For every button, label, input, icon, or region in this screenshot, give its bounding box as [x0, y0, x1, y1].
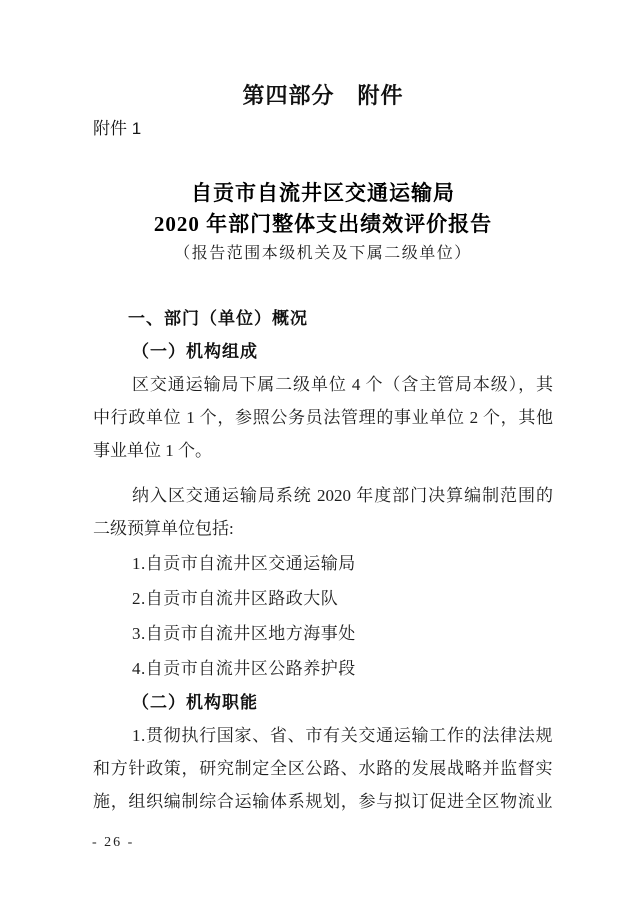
part-heading: 第四部分 附件 [93, 83, 553, 108]
unit-list-item: 1.自贡市自流井区交通运输局 [93, 546, 553, 581]
unit-list-item: 2.自贡市自流井区路政大队 [93, 581, 553, 616]
paragraph-line: 二级预算单位包括: [93, 512, 553, 545]
document-body: 一、部门（单位）概况 （一）机构组成 区交通运输局下属二级单位 4 个（含主管局… [93, 302, 553, 818]
paragraph-line: 事业单位 1 个。 [93, 434, 553, 467]
section-heading-overview: 一、部门（单位）概况 [93, 302, 553, 335]
paragraph-line: 1.贯彻执行国家、省、市有关交通运输工作的法律法规 [93, 719, 553, 752]
unit-list: 1.自贡市自流井区交通运输局 2.自贡市自流井区路政大队 3.自贡市自流井区地方… [93, 546, 553, 686]
page-number: - 26 - [92, 835, 134, 851]
document-title-block: 自贡市自流井区交通运输局 2020 年部门整体支出绩效评价报告 （报告范围本级机… [93, 178, 553, 264]
document-subtitle: （报告范围本级机关及下属二级单位） [93, 244, 553, 264]
unit-list-item: 4.自贡市自流井区公路养护段 [93, 651, 553, 686]
document-title-line1: 自贡市自流井区交通运输局 [93, 178, 553, 209]
subsection-heading-organization: （一）机构组成 [93, 335, 553, 368]
paragraph-functions: 1.贯彻执行国家、省、市有关交通运输工作的法律法规 和方针政策，研究制定全区公路… [93, 719, 553, 818]
document-title-line2: 2020 年部门整体支出绩效评价报告 [93, 209, 553, 240]
unit-list-item: 3.自贡市自流井区地方海事处 [93, 616, 553, 651]
paragraph-line: 区交通运输局下属二级单位 4 个（含主管局本级），其 [93, 368, 553, 401]
attachment-label: 附件 1 [93, 119, 553, 139]
paragraph-budget-scope: 纳入区交通运输局系统 2020 年度部门决算编制范围的 二级预算单位包括: [93, 479, 553, 545]
subsection-heading-functions: （二）机构职能 [93, 686, 553, 719]
paragraph-organization: 区交通运输局下属二级单位 4 个（含主管局本级），其 中行政单位 1 个，参照公… [93, 368, 553, 467]
document-page: 第四部分 附件 附件 1 自贡市自流井区交通运输局 2020 年部门整体支出绩效… [0, 0, 640, 818]
paragraph-line: 施，组织编制综合运输体系规划，参与拟订促进全区物流业 [93, 785, 553, 818]
paragraph-line: 和方针政策，研究制定全区公路、水路的发展战略并监督实 [93, 752, 553, 785]
paragraph-line: 中行政单位 1 个，参照公务员法管理的事业单位 2 个，其他 [93, 401, 553, 434]
paragraph-line: 纳入区交通运输局系统 2020 年度部门决算编制范围的 [93, 479, 553, 512]
